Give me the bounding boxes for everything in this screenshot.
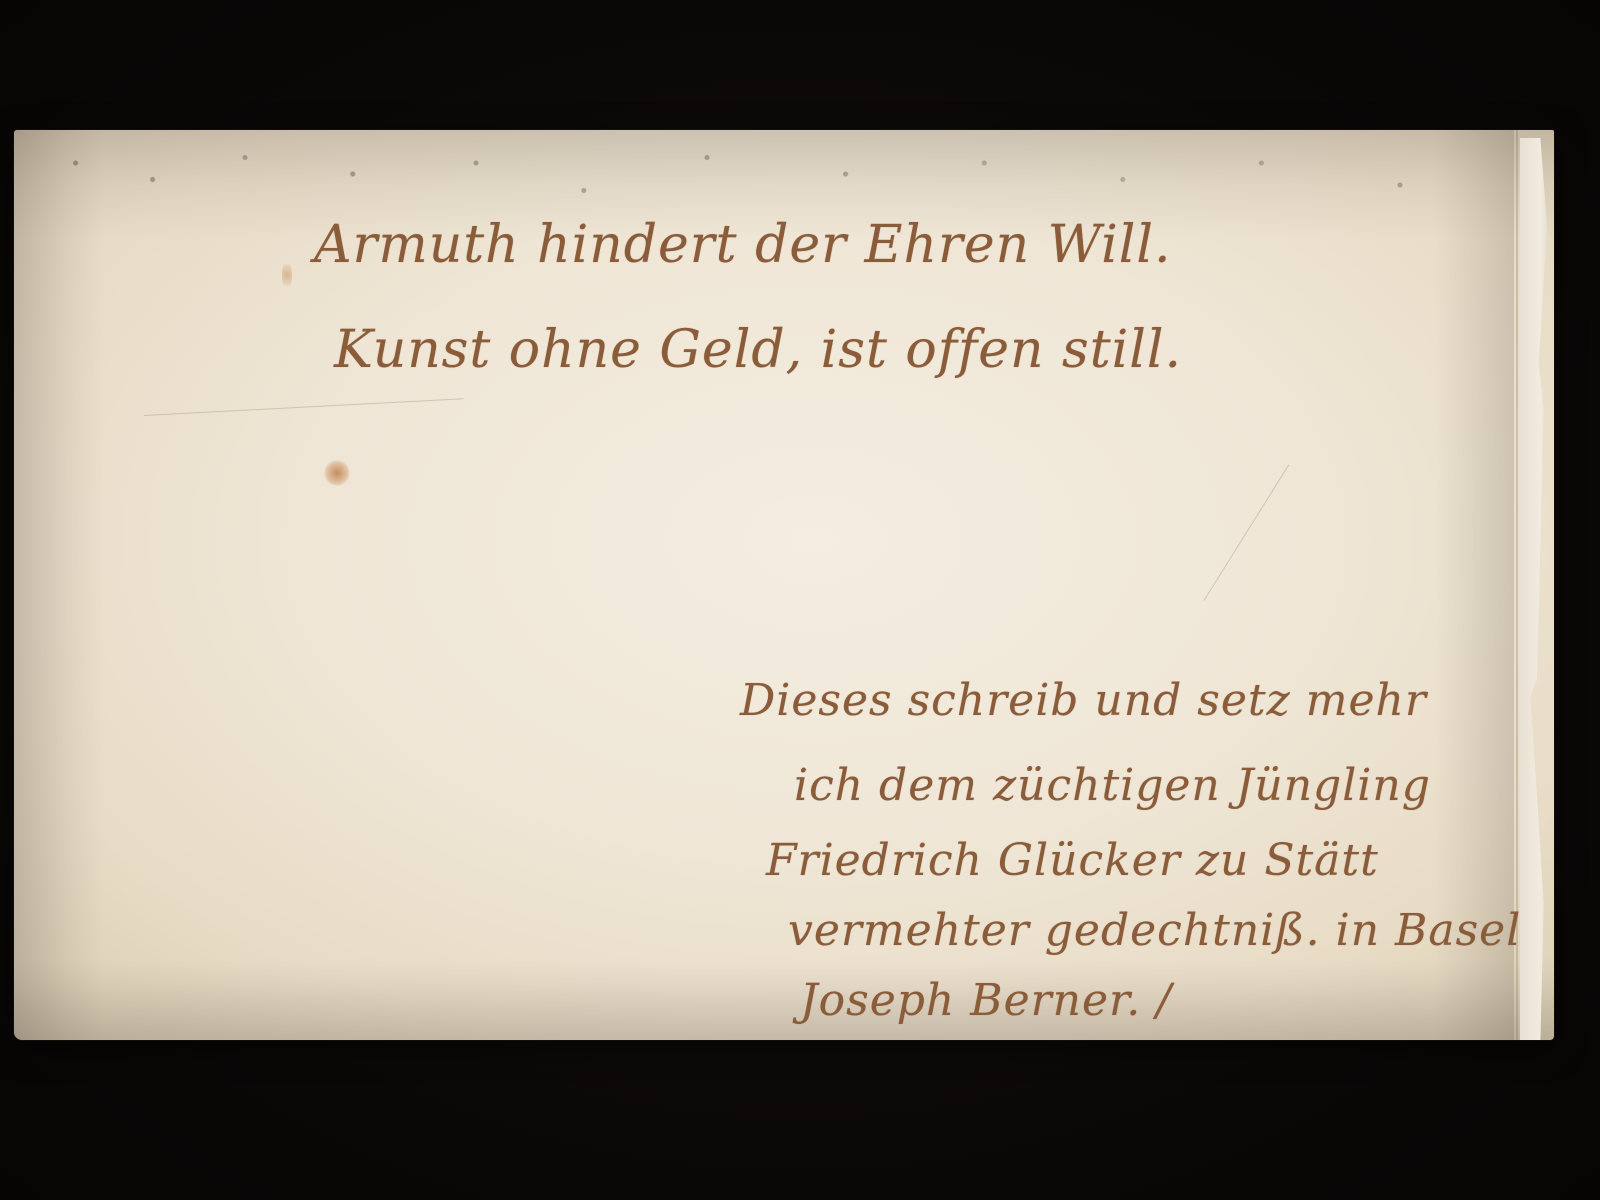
motto-line-2: Kunst ohne Geld, ist offen still. (334, 320, 1182, 380)
dedication-line-1: Dieses schreib und setz mehr (740, 675, 1427, 726)
rust-stain-small (282, 260, 292, 290)
dedication-line-2: ich dem züchtigen Jüngling (794, 760, 1431, 811)
paper-crease (144, 398, 464, 416)
paper-crease (1204, 465, 1290, 601)
manuscript-page: Armuth hindert der Ehren Will. Kunst ohn… (14, 130, 1554, 1040)
signature: Joseph Berner. / (800, 975, 1172, 1026)
foxing-right-edge (1434, 130, 1514, 1040)
foxing-left-edge (14, 130, 104, 1040)
motto-line-1: Armuth hindert der Ehren Will. (314, 215, 1172, 275)
dedication-line-3: Friedrich Glücker zu Stätt (766, 835, 1379, 886)
torn-right-edge (1520, 138, 1554, 1040)
foxing-bottom-edge (14, 960, 1554, 1040)
rust-stain (324, 460, 350, 486)
binding-fold-line (1516, 130, 1518, 1040)
dedication-line-4: vermehter gedechtniß. in Basel (788, 905, 1521, 956)
